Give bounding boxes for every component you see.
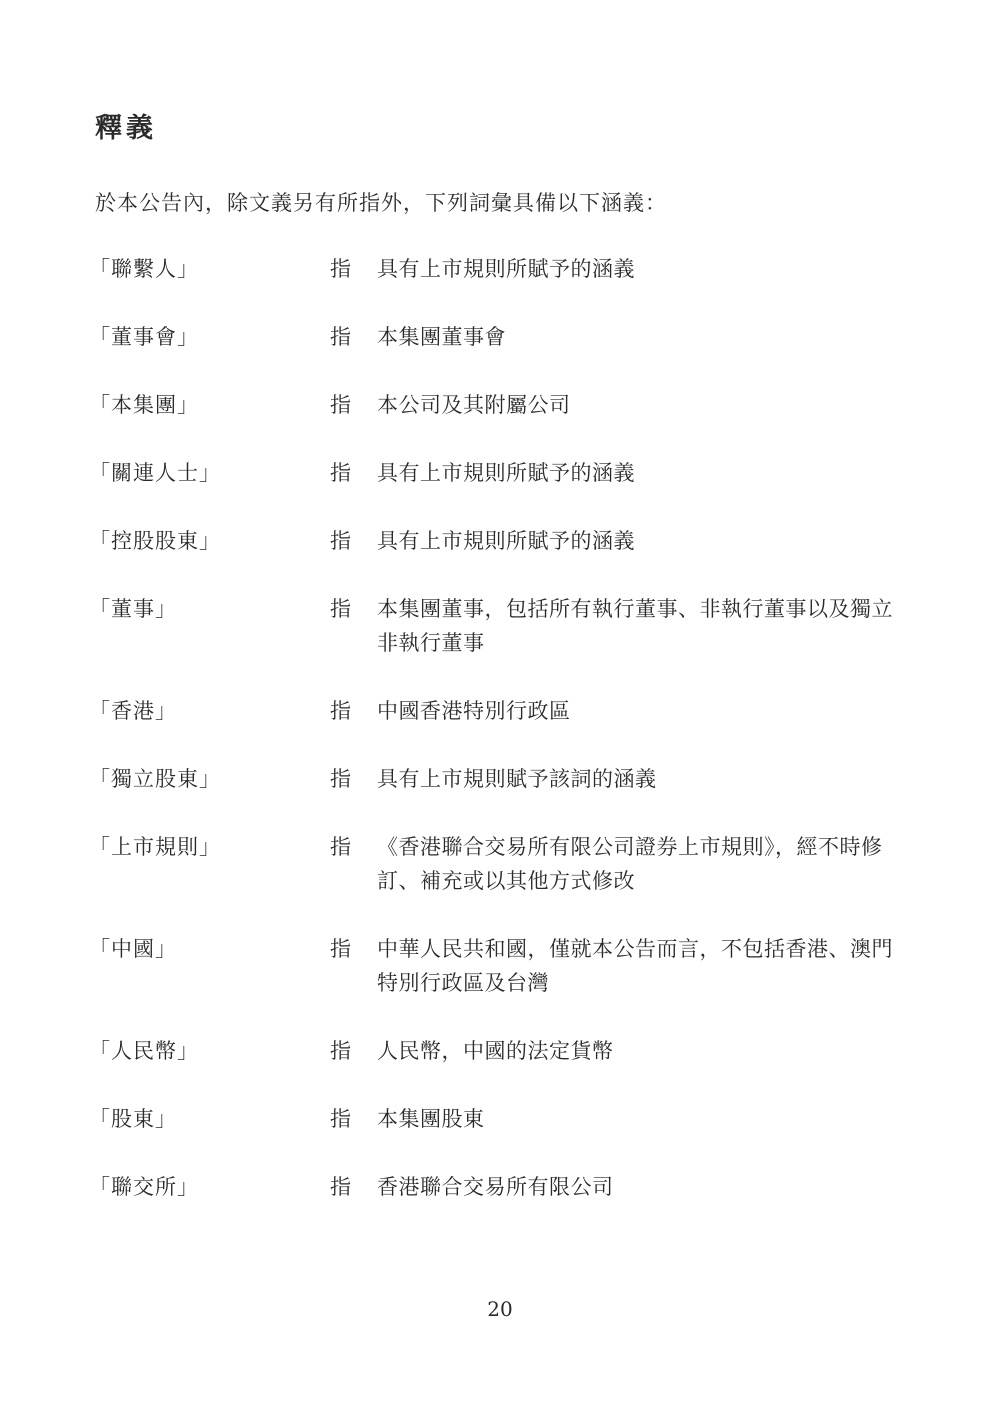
definition-row: 「董事」 指 本集團董事，包括所有執行董事、非執行董事以及獨立非執行董事 xyxy=(95,592,907,660)
definition-text: 中國香港特別行政區 xyxy=(377,694,907,728)
definition-row: 「人民幣」 指 人民幣，中國的法定貨幣 xyxy=(95,1034,907,1068)
definition-indicator: 指 xyxy=(330,1102,377,1136)
definition-term: 「人民幣」 xyxy=(95,1034,330,1068)
intro-paragraph: 於本公告內，除文義另有所指外，下列詞彙具備以下涵義： xyxy=(95,186,907,220)
definition-text: 中華人民共和國，僅就本公告而言，不包括香港、澳門特別行政區及台灣 xyxy=(377,932,907,1000)
page-title: 釋義 xyxy=(95,112,907,146)
definition-row: 「上市規則」 指 《香港聯合交易所有限公司證券上市規則》，經不時修訂、補充或以其… xyxy=(95,830,907,898)
definition-indicator: 指 xyxy=(330,388,377,422)
definition-term: 「關連人士」 xyxy=(95,456,330,490)
definition-term: 「獨立股東」 xyxy=(95,762,330,796)
definition-term: 「股東」 xyxy=(95,1102,330,1136)
definition-row: 「聯交所」 指 香港聯合交易所有限公司 xyxy=(95,1170,907,1204)
definition-indicator: 指 xyxy=(330,830,377,864)
definition-indicator: 指 xyxy=(330,762,377,796)
definition-indicator: 指 xyxy=(330,694,377,728)
page-number: 20 xyxy=(0,1295,1000,1323)
document-page: 釋義 於本公告內，除文義另有所指外，下列詞彙具備以下涵義： 「聯繫人」 指 具有… xyxy=(0,0,1000,1414)
definition-text: 本集團股東 xyxy=(377,1102,907,1136)
page-content: 釋義 於本公告內，除文義另有所指外，下列詞彙具備以下涵義： 「聯繫人」 指 具有… xyxy=(95,112,907,1238)
definition-term: 「聯交所」 xyxy=(95,1170,330,1204)
definition-row: 「本集團」 指 本公司及其附屬公司 xyxy=(95,388,907,422)
definition-text: 《香港聯合交易所有限公司證券上市規則》，經不時修訂、補充或以其他方式修改 xyxy=(377,830,907,898)
definition-row: 「董事會」 指 本集團董事會 xyxy=(95,320,907,354)
definition-indicator: 指 xyxy=(330,252,377,286)
definition-indicator: 指 xyxy=(330,932,377,966)
definition-term: 「上市規則」 xyxy=(95,830,330,864)
definition-term: 「聯繫人」 xyxy=(95,252,330,286)
definition-row: 「聯繫人」 指 具有上市規則所賦予的涵義 xyxy=(95,252,907,286)
definition-term: 「董事」 xyxy=(95,592,330,626)
definition-row: 「香港」 指 中國香港特別行政區 xyxy=(95,694,907,728)
definition-text: 具有上市規則所賦予的涵義 xyxy=(377,524,907,558)
definition-term: 「本集團」 xyxy=(95,388,330,422)
definition-row: 「獨立股東」 指 具有上市規則賦予該詞的涵義 xyxy=(95,762,907,796)
definition-term: 「中國」 xyxy=(95,932,330,966)
definition-indicator: 指 xyxy=(330,524,377,558)
definition-indicator: 指 xyxy=(330,592,377,626)
definition-indicator: 指 xyxy=(330,1170,377,1204)
definition-row: 「控股股東」 指 具有上市規則所賦予的涵義 xyxy=(95,524,907,558)
definition-text: 本公司及其附屬公司 xyxy=(377,388,907,422)
definition-row: 「關連人士」 指 具有上市規則所賦予的涵義 xyxy=(95,456,907,490)
definition-indicator: 指 xyxy=(330,1034,377,1068)
definition-term: 「董事會」 xyxy=(95,320,330,354)
definition-row: 「股東」 指 本集團股東 xyxy=(95,1102,907,1136)
definitions-list: 「聯繫人」 指 具有上市規則所賦予的涵義 「董事會」 指 本集團董事會 「本集團… xyxy=(95,252,907,1204)
definition-text: 人民幣，中國的法定貨幣 xyxy=(377,1034,907,1068)
definition-text: 本集團董事，包括所有執行董事、非執行董事以及獨立非執行董事 xyxy=(377,592,907,660)
definition-term: 「控股股東」 xyxy=(95,524,330,558)
definition-term: 「香港」 xyxy=(95,694,330,728)
definition-text: 具有上市規則所賦予的涵義 xyxy=(377,456,907,490)
definition-text: 具有上市規則所賦予的涵義 xyxy=(377,252,907,286)
definition-row: 「中國」 指 中華人民共和國，僅就本公告而言，不包括香港、澳門特別行政區及台灣 xyxy=(95,932,907,1000)
definition-indicator: 指 xyxy=(330,456,377,490)
definition-text: 本集團董事會 xyxy=(377,320,907,354)
definition-indicator: 指 xyxy=(330,320,377,354)
definition-text: 香港聯合交易所有限公司 xyxy=(377,1170,907,1204)
definition-text: 具有上市規則賦予該詞的涵義 xyxy=(377,762,907,796)
